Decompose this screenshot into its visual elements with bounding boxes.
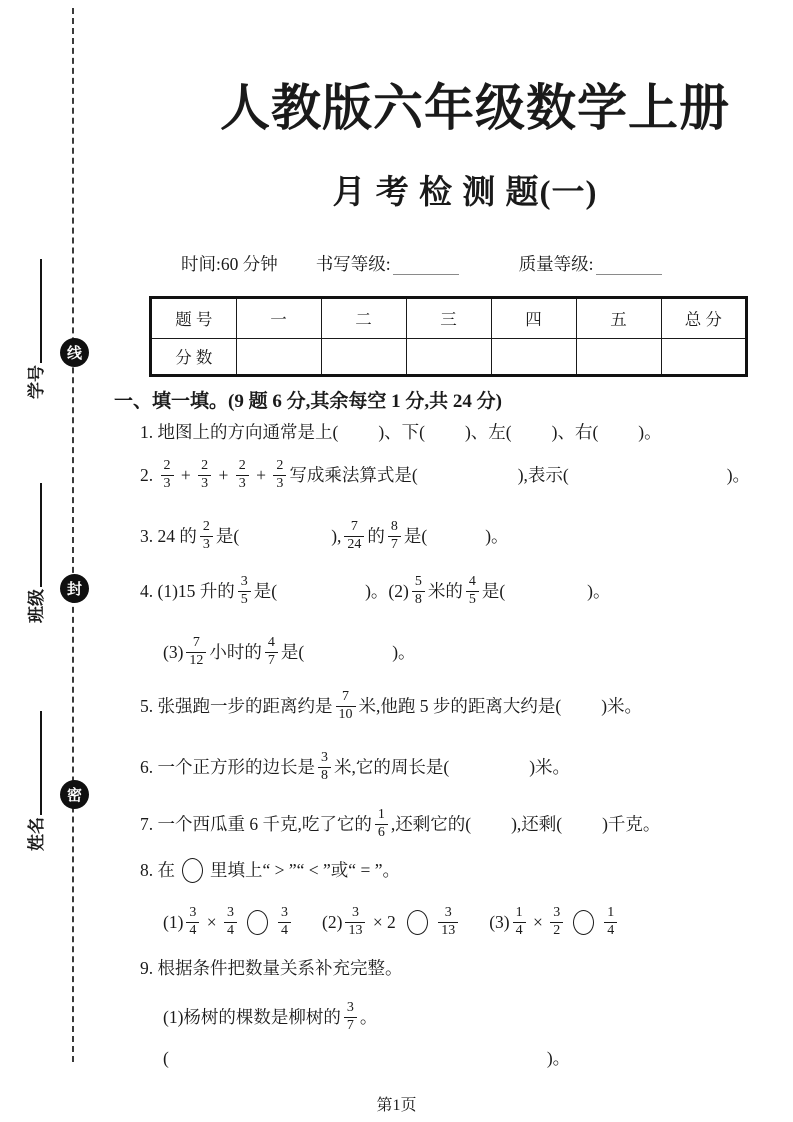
- fraction: 313: [438, 905, 458, 938]
- question-text: )、下(: [378, 421, 425, 444]
- comparison-circle[interactable]: [573, 910, 594, 935]
- question-9-part-1: (1)杨树的棵数是柳树的37。: [163, 995, 377, 1039]
- answer-blank[interactable]: [278, 262, 316, 264]
- name-label: 姓名: [22, 817, 47, 851]
- fraction: 16: [375, 807, 388, 840]
- question-7: 7. 一个西瓜重 6 千克,吃了它的16,还剩它的(),还剩()千克。: [140, 802, 660, 846]
- exam-paper-page: 线 封 密 学号 班级 姓名 人教版六年级数学上册 月 考 检 测 题(一) 时…: [0, 0, 793, 1122]
- question-text: 是(: [254, 580, 277, 603]
- fraction: 23: [236, 458, 249, 491]
- fraction: 23: [198, 458, 211, 491]
- answer-blank[interactable]: [418, 474, 518, 476]
- question-text: 是(: [404, 525, 427, 548]
- question-text: 里填上“ > ”“ < ”或“ = ”。: [210, 859, 400, 882]
- score-table: 题 号 一 二 三 四 五 总 分 分 数: [150, 297, 747, 376]
- fill-in-underline[interactable]: [393, 257, 459, 275]
- question-text: ),还剩(: [511, 813, 562, 836]
- fraction: 14: [513, 905, 526, 938]
- fraction: 14: [604, 905, 617, 938]
- score-cell[interactable]: [236, 338, 321, 375]
- question-text: × 2: [368, 911, 400, 934]
- fraction: 710: [336, 689, 356, 722]
- question-text: +: [252, 464, 271, 487]
- score-cell[interactable]: [576, 338, 661, 375]
- question-text: 7. 一个西瓜重 6 千克,吃了它的: [140, 813, 372, 836]
- score-table-header-cell: 三: [406, 298, 491, 338]
- question-text: 8. 在: [140, 859, 175, 882]
- question-text: 米,他跑 5 步的距离大约是(: [359, 695, 562, 718]
- question-text: (1): [163, 911, 183, 934]
- seal-dotted-line: [72, 8, 74, 1062]
- exam-info-line: 时间:60 分钟书写等级:质量等级:: [181, 250, 664, 276]
- question-text: 6. 一个正方形的边长是: [140, 756, 315, 779]
- score-table-header-cell: 一: [236, 298, 321, 338]
- question-4-part-1-2: 4. (1)15 升的35是()。(2)58米的45是()。: [140, 569, 611, 613]
- question-1: 1. 地图上的方向通常是上()、下()、左()、右()。: [140, 421, 662, 444]
- fraction: 38: [318, 750, 331, 783]
- score-table-score-row: 分 数: [151, 338, 746, 375]
- question-text: )米。: [601, 695, 642, 718]
- question-3: 3. 24 的23是(),724的87是()。: [140, 514, 509, 558]
- question-5: 5. 张强跑一步的距离约是710米,他跑 5 步的距离大约是()米。: [140, 684, 642, 728]
- seal-badge-mi: 密: [60, 780, 89, 809]
- sidebar-label-student-id: 学号: [22, 249, 46, 399]
- seal-char: 线: [67, 342, 82, 363]
- fraction: 313: [345, 905, 365, 938]
- question-text: )千克。: [602, 813, 660, 836]
- answer-blank[interactable]: [562, 823, 602, 825]
- question-text: 2.: [140, 464, 158, 487]
- question-4-part-3: (3)712小时的47是()。: [163, 630, 416, 674]
- question-text: 米的: [428, 580, 463, 603]
- fraction: 23: [200, 519, 213, 552]
- sidebar-label-name: 姓名: [22, 701, 46, 851]
- question-text: )。: [485, 525, 508, 548]
- question-text: 4. (1)15 升的: [140, 580, 235, 603]
- question-text: +: [177, 464, 196, 487]
- fraction: 45: [466, 574, 479, 607]
- fraction: 712: [186, 635, 206, 668]
- class-label: 班级: [22, 589, 47, 623]
- question-text: )米。: [529, 756, 570, 779]
- student-id-label: 学号: [22, 365, 47, 399]
- answer-blank[interactable]: [427, 535, 485, 537]
- score-table-header-cell: 题 号: [151, 298, 236, 338]
- question-text: (3): [163, 641, 183, 664]
- answer-blank[interactable]: [277, 590, 365, 592]
- answer-blank[interactable]: [239, 535, 331, 537]
- question-text: 1. 地图上的方向通常是上(: [140, 421, 338, 444]
- answer-blank[interactable]: [304, 651, 392, 653]
- question-text: (2): [322, 911, 342, 934]
- question-text: 9. 根据条件把数量关系补充完整。: [140, 957, 403, 980]
- score-cell[interactable]: [491, 338, 576, 375]
- comparison-circle[interactable]: [407, 910, 428, 935]
- question-2: 2. 23 + 23 + 23 + 23写成乘法算式是(),表示()。: [140, 453, 750, 497]
- question-text: 米,它的周长是(: [334, 756, 449, 779]
- fraction: 58: [412, 574, 425, 607]
- fraction: 34: [278, 905, 291, 938]
- answer-blank[interactable]: [598, 431, 638, 433]
- name-blank[interactable]: [40, 711, 42, 815]
- question-text: 是(: [216, 525, 239, 548]
- fraction: 23: [273, 458, 286, 491]
- answer-blank[interactable]: [471, 823, 511, 825]
- page-number: 第1页: [0, 1092, 793, 1115]
- fraction: 37: [344, 1000, 357, 1033]
- section-1-heading: 一、填一填。(9 题 6 分,其余每空 1 分,共 24 分): [114, 386, 502, 413]
- question-text: 时间:60 分钟: [181, 251, 278, 276]
- score-cell[interactable]: [321, 338, 406, 375]
- answer-blank[interactable]: [569, 474, 727, 476]
- question-9: 9. 根据条件把数量关系补充完整。: [140, 954, 403, 982]
- comparison-circle[interactable]: [247, 910, 268, 935]
- comparison-circle[interactable]: [182, 858, 203, 883]
- fraction: 87: [388, 519, 401, 552]
- question-text: 小时的: [209, 641, 262, 664]
- question-text: 3. 24 的: [140, 525, 197, 548]
- question-text: ),表示(: [518, 464, 569, 487]
- seal-badge-xian: 线: [60, 338, 89, 367]
- fraction: 35: [238, 574, 251, 607]
- answer-blank[interactable]: [461, 921, 489, 923]
- seal-char: 封: [67, 578, 82, 599]
- score-row-label: 分 数: [151, 338, 236, 375]
- answer-blank[interactable]: [294, 921, 322, 923]
- question-text: +: [214, 464, 233, 487]
- question-text: ),: [331, 525, 341, 548]
- question-text: (1)杨树的棵数是柳树的: [163, 1006, 341, 1029]
- score-table-header-cell: 四: [491, 298, 576, 338]
- question-text: )。: [392, 641, 415, 664]
- score-table-header-cell: 五: [576, 298, 661, 338]
- fraction: 34: [186, 905, 199, 938]
- answer-blank[interactable]: [505, 590, 587, 592]
- question-text: )、右(: [552, 421, 599, 444]
- seal-badge-feng: 封: [60, 574, 89, 603]
- question-text: )、左(: [465, 421, 512, 444]
- question-9-answer-line: ()。: [163, 1044, 570, 1072]
- question-text: )。: [638, 421, 661, 444]
- question-text: ×: [202, 911, 221, 934]
- question-text: 书写等级:: [316, 251, 391, 276]
- fraction: 32: [550, 905, 563, 938]
- answer-blank[interactable]: [449, 766, 529, 768]
- question-text: )。: [727, 464, 750, 487]
- question-text: 写成乘法算式是(: [289, 464, 417, 487]
- score-table-header-cell: 总 分: [661, 298, 746, 338]
- question-text: )。: [547, 1047, 570, 1070]
- question-text: 。: [360, 1006, 378, 1029]
- question-8: 8. 在里填上“ > ”“ < ”或“ = ”。: [140, 856, 400, 884]
- answer-blank[interactable]: [338, 431, 378, 433]
- fill-in-underline[interactable]: [596, 257, 662, 275]
- fraction: 724: [344, 519, 364, 552]
- answer-blank[interactable]: [512, 431, 552, 433]
- fraction: 34: [224, 905, 237, 938]
- question-text: 质量等级:: [519, 251, 594, 276]
- question-text: )。(2): [365, 580, 409, 603]
- question-text: 的: [367, 525, 385, 548]
- answer-blank[interactable]: [561, 705, 601, 707]
- fraction: 47: [265, 635, 278, 668]
- seal-char: 密: [67, 784, 82, 805]
- score-cell[interactable]: [661, 338, 746, 375]
- score-cell[interactable]: [406, 338, 491, 375]
- page-subtitle: 月 考 检 测 题(一): [140, 166, 790, 210]
- question-text: 5. 张强跑一步的距离约是: [140, 695, 333, 718]
- question-text: )。: [587, 580, 610, 603]
- question-text: 是(: [281, 641, 304, 664]
- answer-blank[interactable]: [169, 1057, 547, 1059]
- fraction: 23: [161, 458, 174, 491]
- question-text: ×: [529, 911, 548, 934]
- question-6: 6. 一个正方形的边长是38米,它的周长是()米。: [140, 745, 570, 789]
- question-8-items: (1)34 × 3434(2)313 × 2 313(3)14 × 3214: [163, 900, 620, 944]
- question-text: 是(: [482, 580, 505, 603]
- class-blank[interactable]: [40, 483, 42, 587]
- answer-blank[interactable]: [461, 262, 519, 264]
- page-title: 人教版六年级数学上册: [145, 68, 793, 140]
- sidebar-label-class: 班级: [22, 473, 46, 623]
- score-table-header-cell: 二: [321, 298, 406, 338]
- question-text: ,还剩它的(: [391, 813, 471, 836]
- question-text: (3): [489, 911, 509, 934]
- student-id-blank[interactable]: [40, 259, 42, 363]
- answer-blank[interactable]: [425, 431, 465, 433]
- score-table-header-row: 题 号 一 二 三 四 五 总 分: [151, 298, 746, 338]
